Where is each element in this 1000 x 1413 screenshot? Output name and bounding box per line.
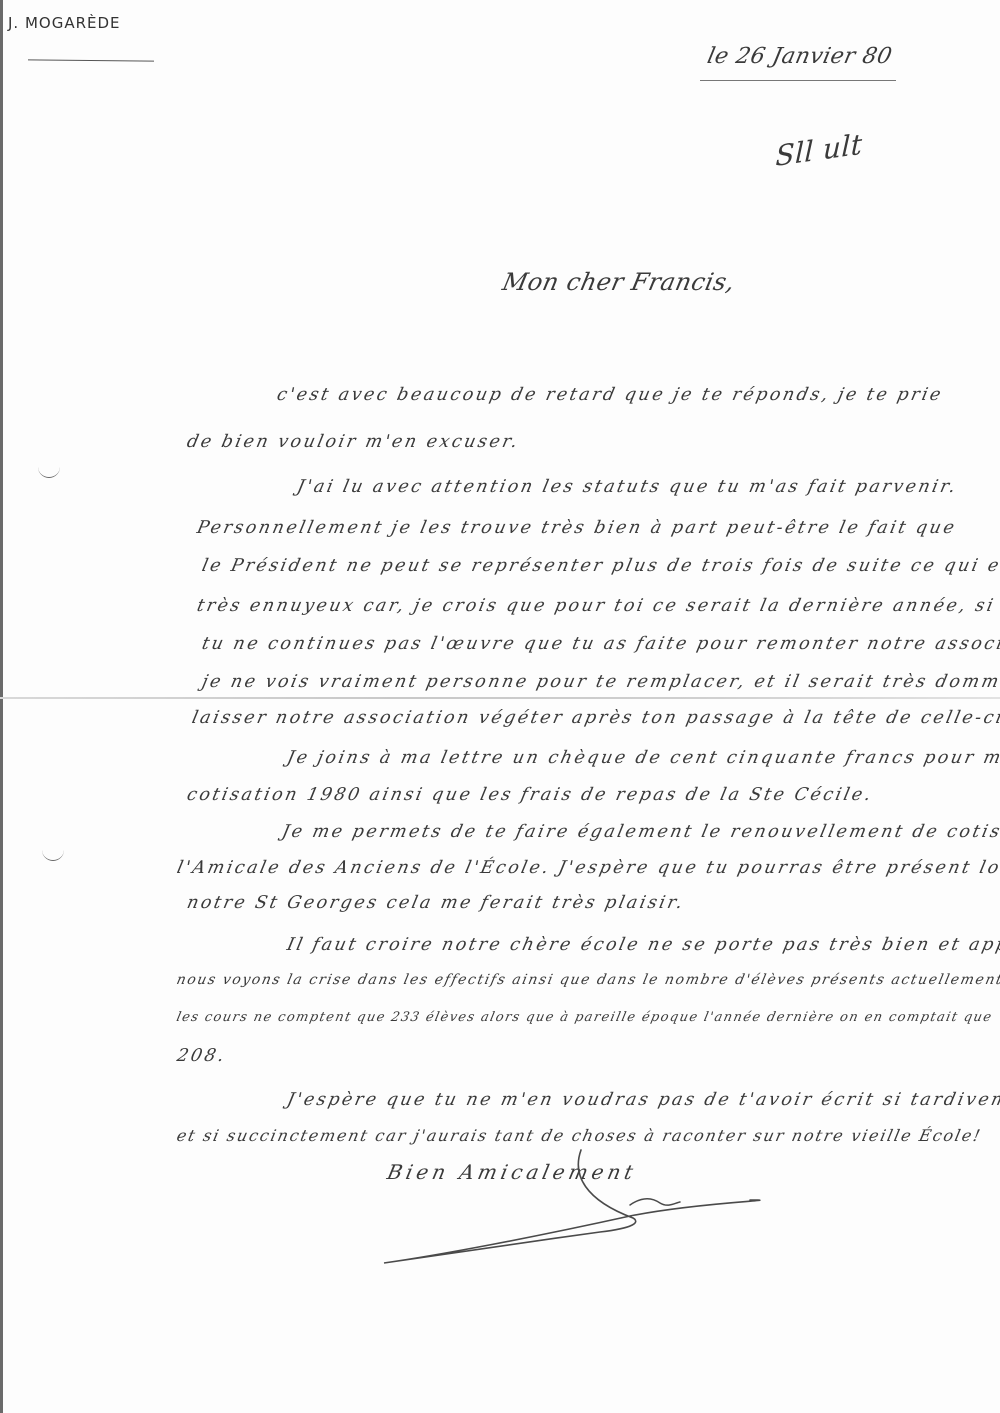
letter-page: J. MOGARÈDE le 26 Janvier 80 Sll ult Mon… [0,0,1000,1413]
signature-flourish-icon [0,0,1000,1413]
